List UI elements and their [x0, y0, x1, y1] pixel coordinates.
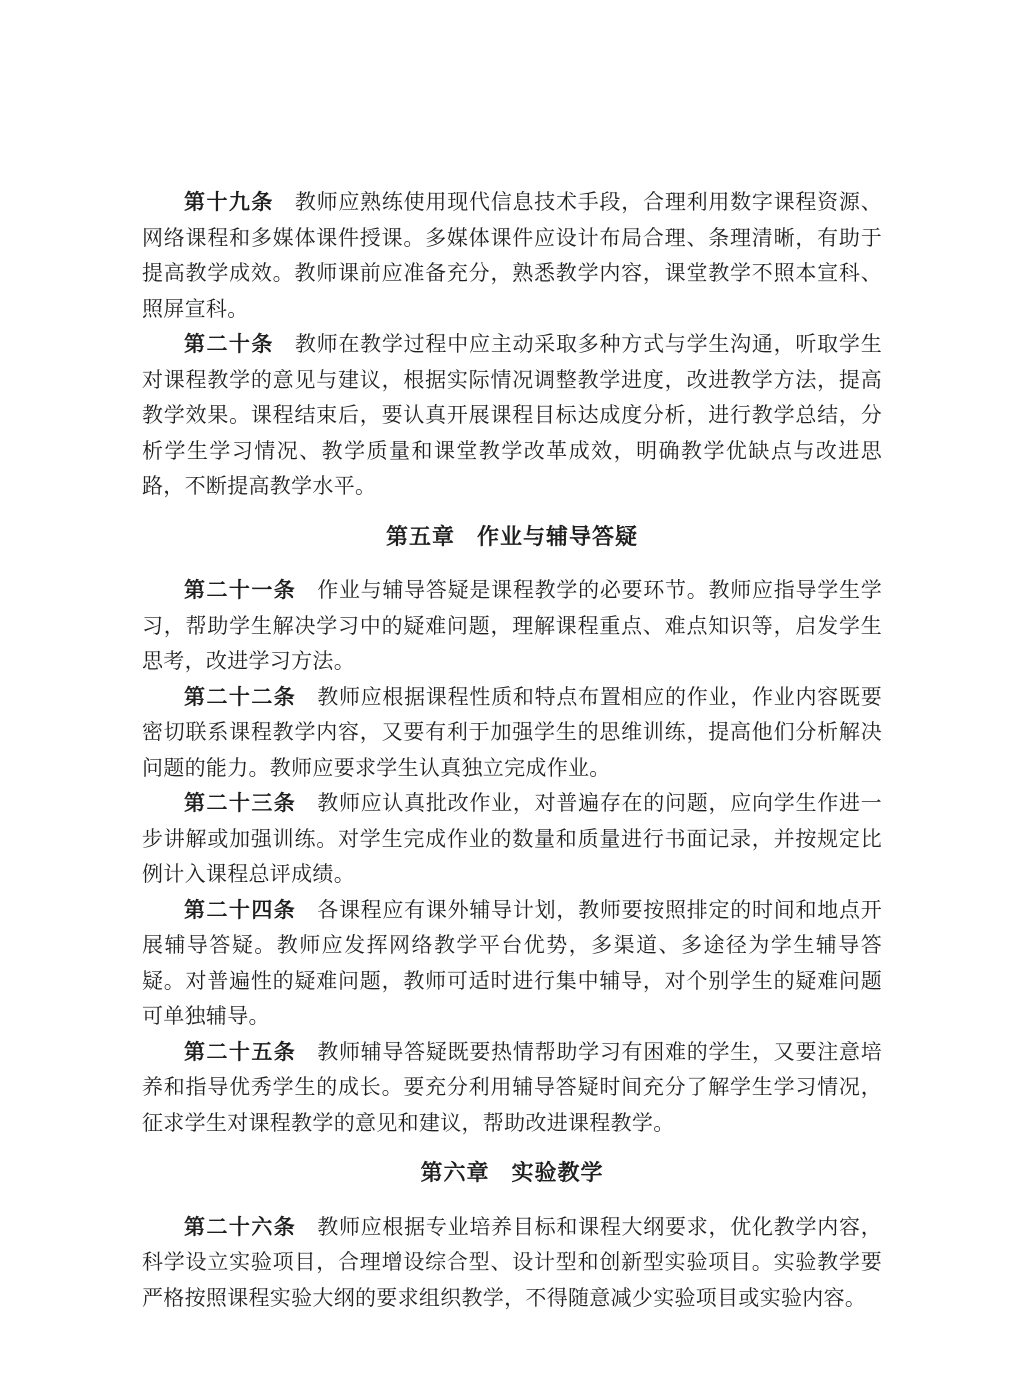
article-25-number: 第二十五条: [184, 1041, 296, 1064]
article-26-paragraph: 第二十六条教师应根据专业培养目标和课程大纲要求，优化教学内容，科学设立实验项目，…: [142, 1210, 882, 1317]
article-22-number: 第二十二条: [184, 686, 296, 709]
document-content: 第十九条教师应熟练使用现代信息技术手段，合理利用数字课程资源、网络课程和多媒体课…: [142, 185, 882, 1316]
article-23-paragraph: 第二十三条教师应认真批改作业，对普遍存在的问题，应向学生作进一步讲解或加强训练。…: [142, 786, 882, 893]
article-24-number: 第二十四条: [184, 899, 296, 922]
article-25-paragraph: 第二十五条教师辅导答疑既要热情帮助学习有困难的学生，又要注意培养和指导优秀学生的…: [142, 1035, 882, 1142]
article-24-paragraph: 第二十四条各课程应有课外辅导计划，教师要按照排定的时间和地点开展辅导答疑。教师应…: [142, 893, 882, 1035]
article-23-number: 第二十三条: [184, 792, 296, 815]
article-20-number: 第二十条: [184, 333, 274, 356]
article-20-text: 教师在教学过程中应主动采取多种方式与学生沟通，听取学生对课程教学的意见与建议，根…: [142, 332, 882, 498]
article-21-paragraph: 第二十一条作业与辅导答疑是课程教学的必要环节。教师应指导学生学习，帮助学生解决学…: [142, 573, 882, 680]
chapter-5-title: 作业与辅导答疑: [477, 524, 638, 549]
article-19-paragraph: 第十九条教师应熟练使用现代信息技术手段，合理利用数字课程资源、网络课程和多媒体课…: [142, 185, 882, 327]
document-page: 第十九条教师应熟练使用现代信息技术手段，合理利用数字课程资源、网络课程和多媒体课…: [0, 0, 1024, 1379]
chapter-5-number: 第五章: [386, 524, 455, 549]
chapter-6-title: 实验教学: [512, 1160, 604, 1185]
chapter-5-heading: 第五章作业与辅导答疑: [142, 519, 882, 555]
article-21-number: 第二十一条: [184, 579, 296, 602]
article-20-paragraph: 第二十条教师在教学过程中应主动采取多种方式与学生沟通，听取学生对课程教学的意见与…: [142, 327, 882, 505]
chapter-6-number: 第六章: [420, 1160, 489, 1185]
article-26-number: 第二十六条: [184, 1216, 296, 1239]
article-19-number: 第十九条: [184, 191, 274, 214]
chapter-6-heading: 第六章实验教学: [142, 1155, 882, 1191]
article-22-paragraph: 第二十二条教师应根据课程性质和特点布置相应的作业，作业内容既要密切联系课程教学内…: [142, 680, 882, 787]
